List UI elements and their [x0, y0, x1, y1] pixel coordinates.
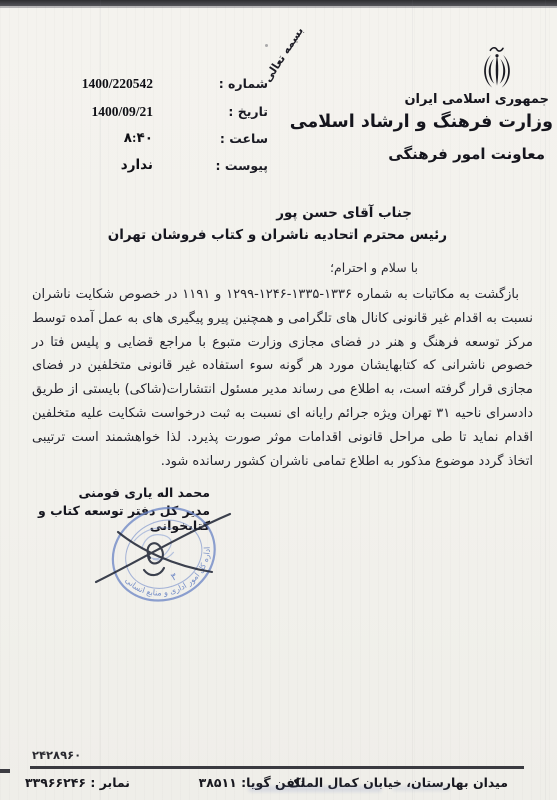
iran-emblem-icon [477, 45, 517, 93]
meta-attachment-value: ندارد [121, 157, 153, 173]
footer-fax: نمابر : ۳۳۹۶۶۲۴۶ [25, 775, 130, 790]
meta-number-label: شماره : [219, 76, 268, 91]
handwritten-signature [78, 498, 248, 608]
recipient-name: جناب آقای حسن پور [276, 205, 412, 221]
paper-background: بسمه تعالی جمهوری اسلامی ایران وزارت فره… [0, 0, 557, 800]
footer-divider [30, 766, 524, 769]
salutation: با سلام و احترام؛ [330, 260, 418, 275]
letterhead-ministry: وزارت فرهنگ و ارشاد اسلامی [290, 112, 553, 132]
scan-edge-mark [0, 769, 10, 773]
meta-time-label: ساعت : [220, 131, 268, 146]
meta-attachment-label: پیوست : [215, 158, 268, 173]
scan-top-edge-shadow [0, 6, 557, 8]
recipient-title: رئیس محترم اتحادیه ناشران و کتاب فروشان … [108, 227, 447, 243]
letter-body: بازگشت به مکاتبات به شماره ۱۳۳۶-۱۳۳۵-۱۲۴… [32, 283, 533, 473]
scan-bleedthrough [392, 786, 450, 791]
scan-smudge [265, 44, 268, 47]
meta-date-value: 1400/09/21 [91, 104, 153, 120]
letterhead-country: جمهوری اسلامی ایران [404, 92, 549, 107]
scanned-letter-page: { "besmele": "بسمه تعالی", "header": { "… [0, 0, 557, 800]
letterhead-department: معاونت امور فرهنگی [388, 145, 545, 163]
footer-ref-number: ۲۴۲۸۹۶۰ [32, 748, 81, 762]
meta-number-value: 1400/220542 [82, 76, 153, 92]
meta-time-value: ۸:۴۰ [124, 130, 153, 146]
meta-date-label: تاریخ : [228, 104, 268, 119]
scan-bleedthrough [248, 786, 382, 792]
